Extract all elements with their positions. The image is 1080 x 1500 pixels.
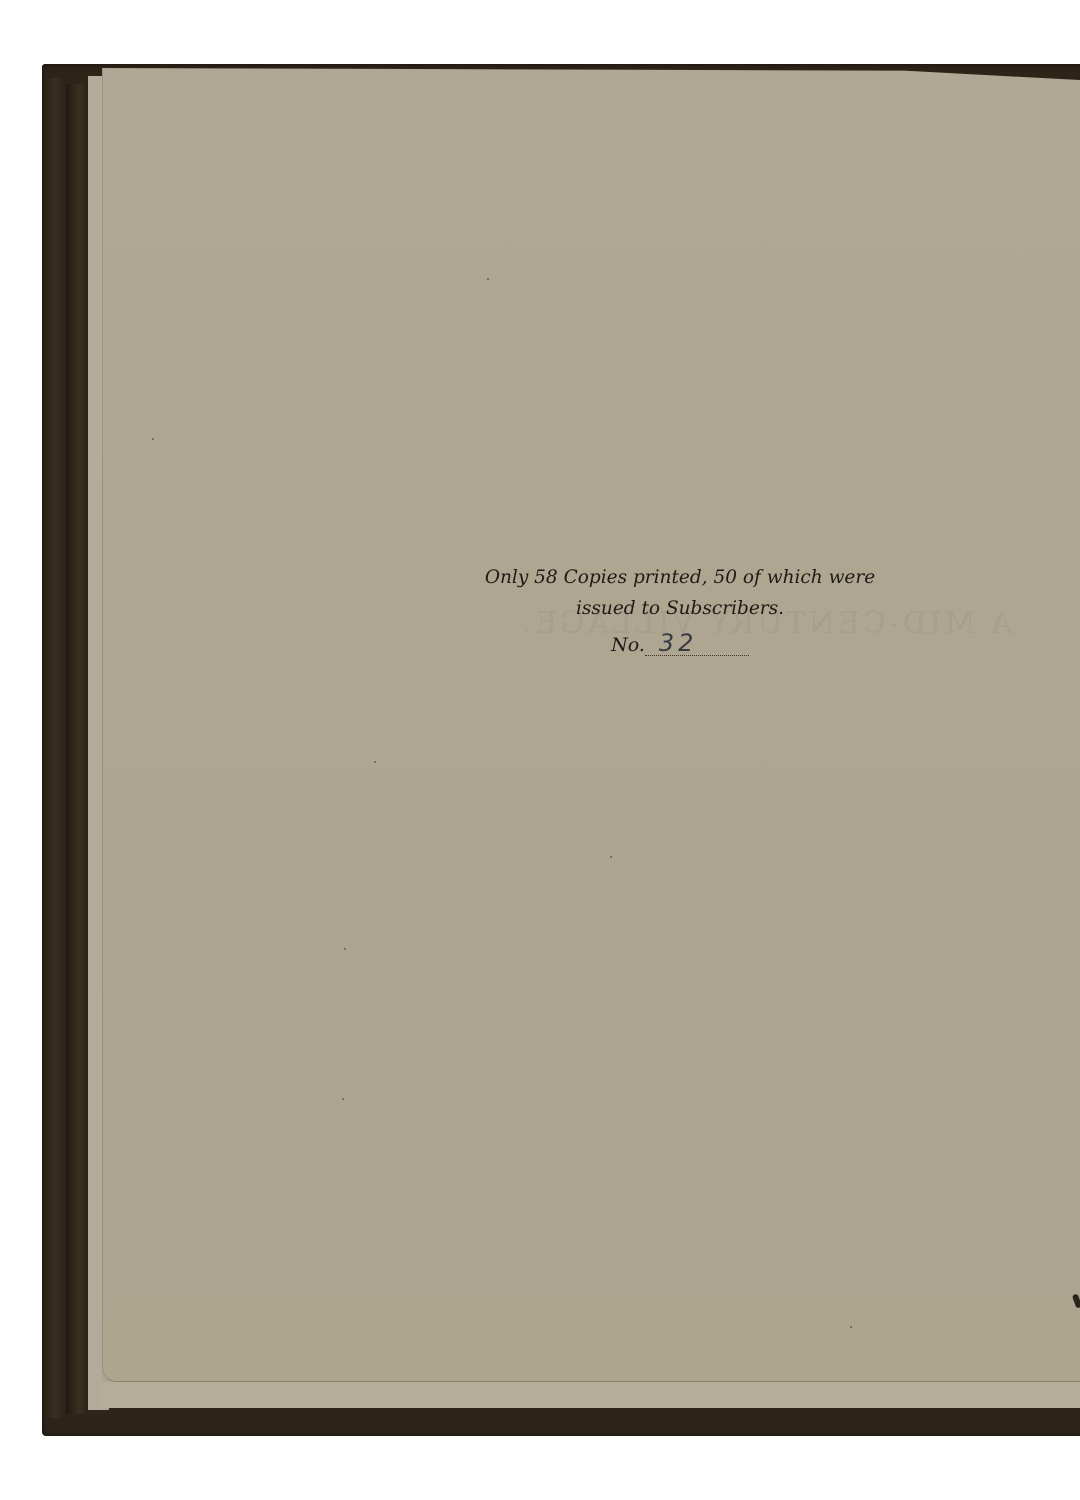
paper-speck (342, 1098, 344, 1100)
paper-speck (374, 761, 376, 763)
paper-speck (152, 438, 154, 440)
copy-number-field: 32 (645, 633, 749, 656)
copy-number-label: No. (611, 630, 645, 661)
paper-speck (850, 1326, 852, 1328)
book-hinge (66, 84, 88, 1414)
copy-number-value: 32 (659, 629, 698, 657)
deckled-leaf-edge (102, 68, 1080, 1382)
paper-speck (610, 856, 612, 858)
limitation-notice: Only 58 Copies printed, 50 of which were… (470, 562, 890, 661)
notice-line-1: Only 58 Copies printed, 50 of which were (470, 562, 890, 593)
book-spine-edge (44, 78, 66, 1418)
paper-speck (344, 948, 346, 950)
book-page (102, 68, 1080, 1408)
copy-number-line: No.32 (470, 630, 890, 661)
paper-speck (487, 278, 489, 280)
page-bottom-margin (102, 1382, 1080, 1408)
notice-line-2: issued to Subscribers. (470, 593, 890, 624)
